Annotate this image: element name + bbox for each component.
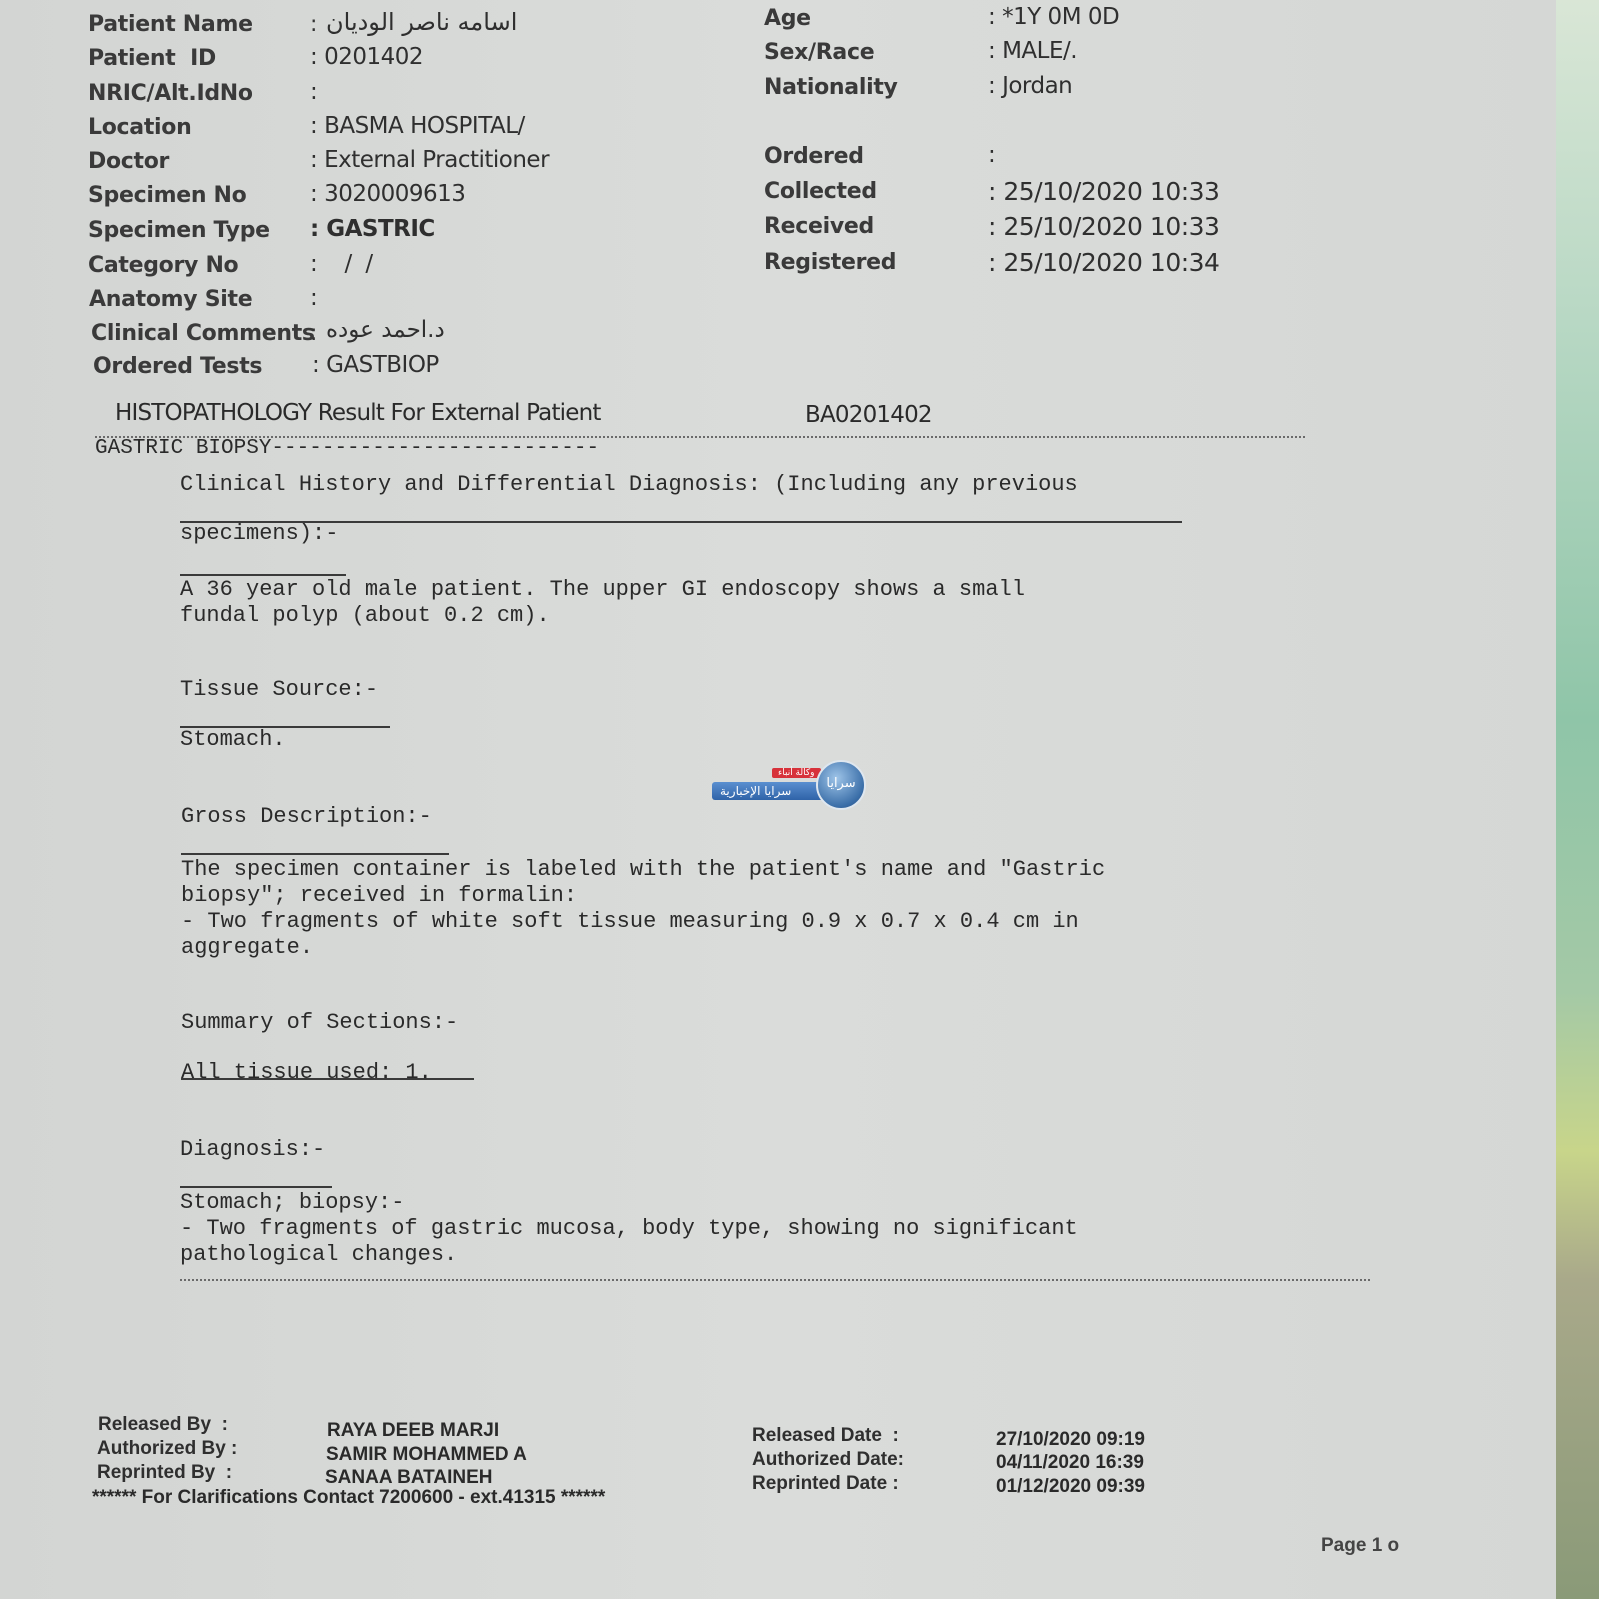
section-body: Stomach. bbox=[180, 727, 286, 753]
label-released-date: Released Date : bbox=[752, 1425, 899, 1447]
label-nationality: Nationality bbox=[764, 75, 898, 100]
globe-logo-icon: سرايا bbox=[816, 760, 866, 810]
underline bbox=[180, 574, 346, 576]
page-number: Page 1 o bbox=[1321, 1535, 1399, 1557]
value-collected: : 25/10/2020 10:33 bbox=[988, 177, 1219, 206]
ordered-tests: GASTBIOP bbox=[326, 352, 439, 378]
value-reprinted-by: SANAA BATAINEH bbox=[325, 1467, 492, 1489]
value-patient-name: اسامه ناصر الوديان bbox=[326, 8, 517, 36]
label-reprinted-by: Reprinted By : bbox=[97, 1462, 232, 1484]
label-registered: Registered bbox=[764, 250, 896, 275]
value-sex-race: : MALE/. bbox=[988, 38, 1077, 64]
colon: : bbox=[310, 321, 317, 346]
received: 25/10/2020 10:33 bbox=[1003, 212, 1219, 241]
label-anatomy-site: Anatomy Site bbox=[89, 287, 252, 312]
section-body: Stomach; biopsy:- - Two fragments of gas… bbox=[180, 1190, 1078, 1268]
label-authorized-date: Authorized Date: bbox=[752, 1449, 904, 1471]
section-title: Gross Description:- bbox=[181, 804, 432, 830]
label-reprinted-date: Reprinted Date : bbox=[752, 1473, 899, 1495]
report-heading: GASTRIC BIOPSY-------------------------- bbox=[95, 436, 599, 462]
registered: 25/10/2020 10:34 bbox=[1003, 248, 1219, 277]
value-doctor: : External Practitioner bbox=[310, 147, 549, 173]
label-ordered-tests: Ordered Tests bbox=[93, 354, 262, 379]
value-ordered: : bbox=[988, 142, 1002, 168]
label-patient-name: Patient Name bbox=[88, 12, 253, 37]
label-category-no: Category No bbox=[88, 253, 238, 278]
section-body: The specimen container is labeled with t… bbox=[181, 857, 1105, 961]
watermark-tag: وكالة أنباء bbox=[772, 768, 821, 778]
result-title: HISTOPATHOLOGY Result For External Patie… bbox=[115, 400, 601, 426]
label-received: Received bbox=[764, 214, 874, 239]
label-authorized-by: Authorized By : bbox=[97, 1438, 237, 1460]
sex-race: MALE/. bbox=[1002, 38, 1077, 64]
value-clinical-comments: د.احمد عوده bbox=[326, 317, 445, 343]
value-released-date: 27/10/2020 09:19 bbox=[996, 1429, 1145, 1451]
patient-id: 0201402 bbox=[324, 44, 423, 70]
label-sex-race: Sex/Race bbox=[764, 40, 874, 65]
value-authorized-by: SAMIR MOHAMMED A bbox=[326, 1444, 527, 1466]
nationality: Jordan bbox=[1002, 73, 1072, 99]
underline bbox=[181, 853, 449, 855]
divider bbox=[180, 1279, 1370, 1281]
label-location: Location bbox=[88, 115, 191, 140]
value-patient-id: : 0201402 bbox=[310, 44, 423, 70]
report-page: Patient Name : اسامه ناصر الوديان Patien… bbox=[0, 0, 1556, 1599]
section-title: Clinical History and Differential Diagno… bbox=[180, 472, 1078, 498]
value-ordered-tests: : GASTBIOP bbox=[312, 352, 439, 378]
value-age: : *1Y 0M 0D bbox=[988, 4, 1119, 30]
location: BASMA HOSPITAL/ bbox=[324, 113, 525, 139]
section-title: Diagnosis:- bbox=[180, 1137, 325, 1163]
colon: : bbox=[310, 12, 317, 37]
collected: 25/10/2020 10:33 bbox=[1003, 177, 1219, 206]
label-clinical-comments: Clinical Comments bbox=[91, 321, 315, 346]
value-nationality: : Jordan bbox=[988, 73, 1072, 99]
section-title: Tissue Source:- bbox=[180, 677, 378, 703]
value-authorized-date: 04/11/2020 16:39 bbox=[996, 1452, 1144, 1474]
doctor: External Practitioner bbox=[324, 147, 549, 173]
section-title: Summary of Sections:- bbox=[181, 1010, 458, 1036]
news-watermark: وكالة أنباء سرايا الإخبارية سرايا bbox=[712, 760, 872, 820]
section-body: All tissue used: 1. bbox=[181, 1060, 432, 1086]
label-patient-id: Patient ID bbox=[88, 46, 216, 71]
label-released-by: Released By : bbox=[98, 1414, 228, 1436]
value-reprinted-date: 01/12/2020 09:39 bbox=[996, 1476, 1145, 1498]
label-nric: NRIC/Alt.IdNo bbox=[88, 81, 253, 106]
section-body: A 36 year old male patient. The upper GI… bbox=[180, 577, 1025, 629]
section-title-cont: specimens):- bbox=[180, 521, 338, 547]
value-registered: : 25/10/2020 10:34 bbox=[988, 248, 1219, 277]
value-released-by: RAYA DEEB MARJI bbox=[327, 1420, 499, 1442]
underline bbox=[180, 1186, 332, 1188]
category-no: / / bbox=[331, 251, 373, 277]
label-specimen-no: Specimen No bbox=[88, 183, 247, 208]
label-age: Age bbox=[764, 6, 811, 31]
value-nric: : bbox=[310, 79, 324, 105]
value-specimen-type: : GASTRIC bbox=[310, 216, 435, 242]
value-location: : BASMA HOSPITAL/ bbox=[310, 113, 525, 139]
label-doctor: Doctor bbox=[88, 149, 169, 174]
result-reference: BA0201402 bbox=[805, 402, 932, 428]
age: *1Y 0M 0D bbox=[1002, 4, 1119, 30]
label-ordered: Ordered bbox=[764, 144, 864, 169]
value-specimen-no: : 3020009613 bbox=[310, 181, 465, 207]
specimen-type: GASTRIC bbox=[326, 216, 435, 242]
value-received: : 25/10/2020 10:33 bbox=[988, 212, 1219, 241]
watermark-name: سرايا الإخبارية bbox=[712, 782, 831, 800]
specimen-no: 3020009613 bbox=[324, 181, 465, 207]
value-anatomy-site: : bbox=[310, 285, 324, 311]
clarification-contact: ****** For Clarifications Contact 720060… bbox=[92, 1487, 605, 1509]
label-specimen-type: Specimen Type bbox=[88, 218, 270, 243]
label-collected: Collected bbox=[764, 179, 877, 204]
value-category-no: : / / bbox=[310, 251, 373, 277]
